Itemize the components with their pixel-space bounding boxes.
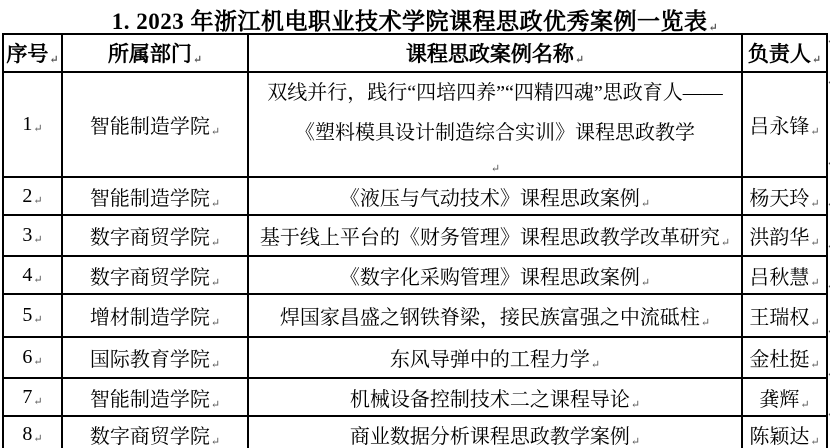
department-cell: 增材制造学院↵ [62, 294, 248, 337]
case-name-cell: 《数字化采购管理》课程思政案例↵ [248, 256, 742, 294]
serial-cell: 8↵ [3, 416, 62, 448]
case-name-cell: 东风导弹中的工程力学↵ [248, 337, 742, 378]
cell-end-mark-icon: ↵ [631, 399, 640, 411]
cell-end-mark-icon: ↵ [810, 198, 819, 210]
table-header-row: 序号↵ 所属部门↵ 课程思政案例名称↵ 负责人↵ [3, 34, 827, 72]
cell-end-mark-icon: ↵ [491, 163, 500, 175]
table-row: 2↵ 智能制造学院↵ 《液压与气动技术》课程思政案例↵ 杨天玲↵ [3, 177, 827, 215]
cell-end-mark-icon: ↵ [211, 317, 220, 329]
cell-end-mark-icon: ↵ [810, 359, 819, 371]
table-row: 7↵ 智能制造学院↵ 机械设备控制技术二之课程导论↵ 龚辉↵ [3, 378, 827, 416]
page-title-text: 1. 2023 年浙江机电职业技术学院课程思政优秀案例一览表 [112, 9, 708, 34]
department-cell: 数字商贸学院↵ [62, 416, 248, 448]
cases-table: 序号↵ 所属部门↵ 课程思政案例名称↵ 负责人↵ 1↵ 智能制造学院↵ 双线并行… [2, 33, 828, 448]
table-row: 5↵ 增材制造学院↵ 焊国家昌盛之钢铁脊梁，接民族富强之中流砥柱↵ 王瑞权↵ [3, 294, 827, 337]
person-cell: 杨天玲↵ [742, 177, 827, 215]
cell-end-mark-icon: ↵ [211, 359, 220, 371]
cell-end-mark-icon: ↵ [810, 436, 819, 448]
cell-end-mark-icon: ↵ [810, 126, 819, 138]
cell-end-mark-icon: ↵ [701, 317, 710, 329]
cell-end-mark-icon: ↵ [33, 396, 42, 408]
case-name-cell: 机械设备控制技术二之课程导论↵ [248, 378, 742, 416]
cell-end-mark-icon: ↵ [810, 277, 819, 289]
table-row: 6↵ 国际教育学院↵ 东风导弹中的工程力学↵ 金杜挺↵ [3, 337, 827, 378]
serial-cell: 6↵ [3, 337, 62, 378]
person-cell: 王瑞权↵ [742, 294, 827, 337]
person-cell: 吕永锋↵ [742, 72, 827, 177]
table-row: 1↵ 智能制造学院↵ 双线并行，践行“四培四养”“四精四魂”思政育人——《塑料模… [3, 72, 827, 177]
serial-cell: 3↵ [3, 215, 62, 256]
cell-end-mark-icon: ↵ [211, 399, 220, 411]
cell-end-mark-icon: ↵ [33, 314, 42, 326]
cell-end-mark-icon: ↵ [211, 126, 220, 138]
department-cell: 数字商贸学院↵ [62, 256, 248, 294]
cell-end-mark-icon: ↵ [812, 54, 821, 66]
department-cell: 数字商贸学院↵ [62, 215, 248, 256]
person-cell: 吕秋慧↵ [742, 256, 827, 294]
header-case-name: 课程思政案例名称↵ [248, 34, 742, 72]
department-cell: 智能制造学院↵ [62, 378, 248, 416]
case-name-cell: 基于线上平台的《财务管理》课程思政教学改革研究↵ [248, 215, 742, 256]
serial-cell: 1↵ [3, 72, 62, 177]
department-cell: 国际教育学院↵ [62, 337, 248, 378]
cell-end-mark-icon: ↵ [211, 237, 220, 249]
person-cell: 陈颖达↵ [742, 416, 827, 448]
cell-end-mark-icon: ↵ [33, 356, 42, 368]
table-row: 3↵ 数字商贸学院↵ 基于线上平台的《财务管理》课程思政教学改革研究↵ 洪韵华↵ [3, 215, 827, 256]
cell-end-mark-icon: ↵ [33, 234, 42, 246]
table-row: 4↵ 数字商贸学院↵ 《数字化采购管理》课程思政案例↵ 吕秋慧↵ [3, 256, 827, 294]
cell-end-mark-icon: ↵ [591, 359, 600, 371]
case-name-cell: 商业数据分析课程思政教学案例↵ [248, 416, 742, 448]
person-cell: 龚辉↵ [742, 378, 827, 416]
cell-end-mark-icon: ↵ [800, 399, 809, 411]
cell-end-mark-icon: ↵ [810, 237, 819, 249]
department-cell: 智能制造学院↵ [62, 177, 248, 215]
cell-end-mark-icon: ↵ [193, 54, 202, 66]
header-department: 所属部门↵ [62, 34, 248, 72]
cell-end-mark-icon: ↵ [211, 436, 220, 448]
serial-cell: 5↵ [3, 294, 62, 337]
cell-end-mark-icon: ↵ [211, 277, 220, 289]
cell-end-mark-icon: ↵ [33, 433, 42, 445]
person-cell: 洪韵华↵ [742, 215, 827, 256]
cell-end-mark-icon: ↵ [211, 198, 220, 210]
cell-end-mark-icon: ↵ [631, 436, 640, 448]
cell-end-mark-icon: ↵ [49, 54, 58, 66]
header-person: 负责人↵ [742, 34, 827, 72]
cell-end-mark-icon: ↵ [33, 274, 42, 286]
department-cell: 智能制造学院↵ [62, 72, 248, 177]
cell-end-mark-icon: ↵ [641, 277, 650, 289]
table-row: 8↵ 数字商贸学院↵ 商业数据分析课程思政教学案例↵ 陈颖达↵ [3, 416, 827, 448]
case-name-cell: 双线并行，践行“四培四养”“四精四魂”思政育人——《塑料模具设计制造综合实训》课… [248, 72, 742, 177]
cell-end-mark-icon: ↵ [721, 237, 730, 249]
cell-end-mark-icon: ↵ [810, 317, 819, 329]
case-name-cell: 《液压与气动技术》课程思政案例↵ [248, 177, 742, 215]
cell-end-mark-icon: ↵ [575, 54, 584, 66]
page-title: 1. 2023 年浙江机电职业技术学院课程思政优秀案例一览表↵ [0, 3, 830, 36]
cell-end-mark-icon: ↵ [33, 195, 42, 207]
serial-cell: 2↵ [3, 177, 62, 215]
case-name-cell: 焊国家昌盛之钢铁脊梁，接民族富强之中流砥柱↵ [248, 294, 742, 337]
cell-end-mark-icon: ↵ [641, 198, 650, 210]
serial-cell: 7↵ [3, 378, 62, 416]
header-serial: 序号↵ [3, 34, 62, 72]
person-cell: 金杜挺↵ [742, 337, 827, 378]
cell-end-mark-icon: ↵ [33, 123, 42, 135]
serial-cell: 4↵ [3, 256, 62, 294]
